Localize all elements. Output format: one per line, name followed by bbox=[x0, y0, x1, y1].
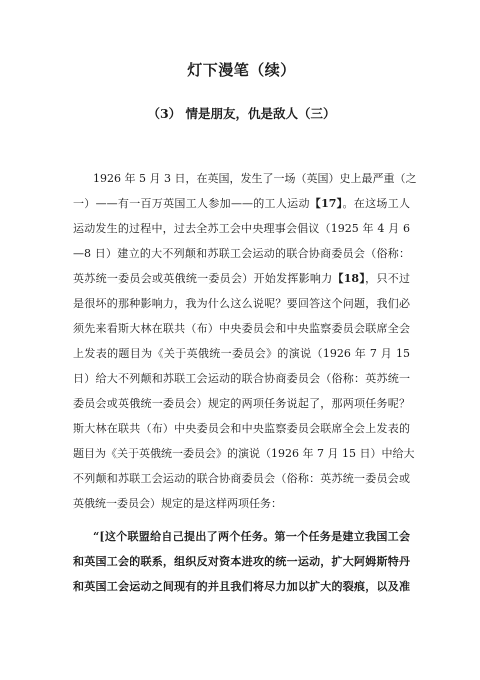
document-page: 灯下漫笔（续） （3） 情是朋友，仇是敌人（三） 1926 年 5 月 3 日，… bbox=[0, 0, 480, 680]
text-line: 运动发生的过程中，过去全苏工会中央理事会倡议（1925 年 4 月 6 bbox=[73, 216, 410, 241]
section-heading: （3） 情是朋友，仇是敌人（三） bbox=[73, 106, 410, 121]
text-line: 委员会或英俄统一委员会）规定的两项任务说起了，那两项任务呢？ bbox=[73, 391, 410, 416]
text-line: 1926 年 5 月 3 日，在英国，发生了一场（英国）史上最严重（之 bbox=[73, 166, 410, 191]
text-line: “[这个联盟给自己提出了两个任务。第一个任务是建立我国工会 bbox=[73, 524, 410, 549]
text-line: 和英国工会的联系，组织反对资本进攻的统一运动，扩大阿姆斯特丹 bbox=[73, 549, 410, 574]
quote-paragraph: “[这个联盟给自己提出了两个任务。第一个任务是建立我国工会和英国工会的联系，组织… bbox=[73, 524, 410, 599]
text-line: 题目为《关于英俄统一委员会》的演说（1926 年 7 月 15 日）中给大 bbox=[73, 441, 410, 466]
footnote-ref: 【18】 bbox=[333, 272, 366, 285]
text-line: 是很坏的那种影响力，我为什么这么说呢？要回答这个问题，我们必 bbox=[73, 291, 410, 316]
text-line: 上发表的题目为《关于英俄统一委员会》的演说（1926 年 7 月 15 bbox=[73, 341, 410, 366]
text-line: 英俄统一委员会）规定的是这样两项任务： bbox=[73, 491, 410, 516]
text-line: 日）给大不列颠和苏联工会运动的联合协商委员会（俗称：英苏统一 bbox=[73, 366, 410, 391]
text-line: 和英国工会运动之间现有的并且我们将尽力加以扩大的裂痕，以及准 bbox=[73, 574, 410, 599]
text-line: 须先来看斯大林在联共（布）中央委员会和中央监察委员会联席全会 bbox=[73, 316, 410, 341]
document-title: 灯下漫笔（续） bbox=[73, 61, 410, 79]
text-line: —8 日）建立的大不列颠和苏联工会运动的联合协商委员会（俗称： bbox=[73, 241, 410, 266]
body-paragraph: 1926 年 5 月 3 日，在英国，发生了一场（英国）史上最严重（之一）——有… bbox=[73, 166, 410, 516]
text-line: 不列颠和苏联工会运动的联合协商委员会（俗称：英苏统一委员会或 bbox=[73, 466, 410, 491]
text-line: 斯大林在联共（布）中央委员会和中央监察委员会联席全会上发表的 bbox=[73, 416, 410, 441]
text-line: 一）——有一百万英国工人参加——的工人运动【17】。在这场工人 bbox=[73, 191, 410, 216]
footnote-ref: 【17】 bbox=[310, 197, 343, 210]
text-line: 英苏统一委员会或英俄统一委员会）开始发挥影响力【18】，只不过 bbox=[73, 266, 410, 291]
